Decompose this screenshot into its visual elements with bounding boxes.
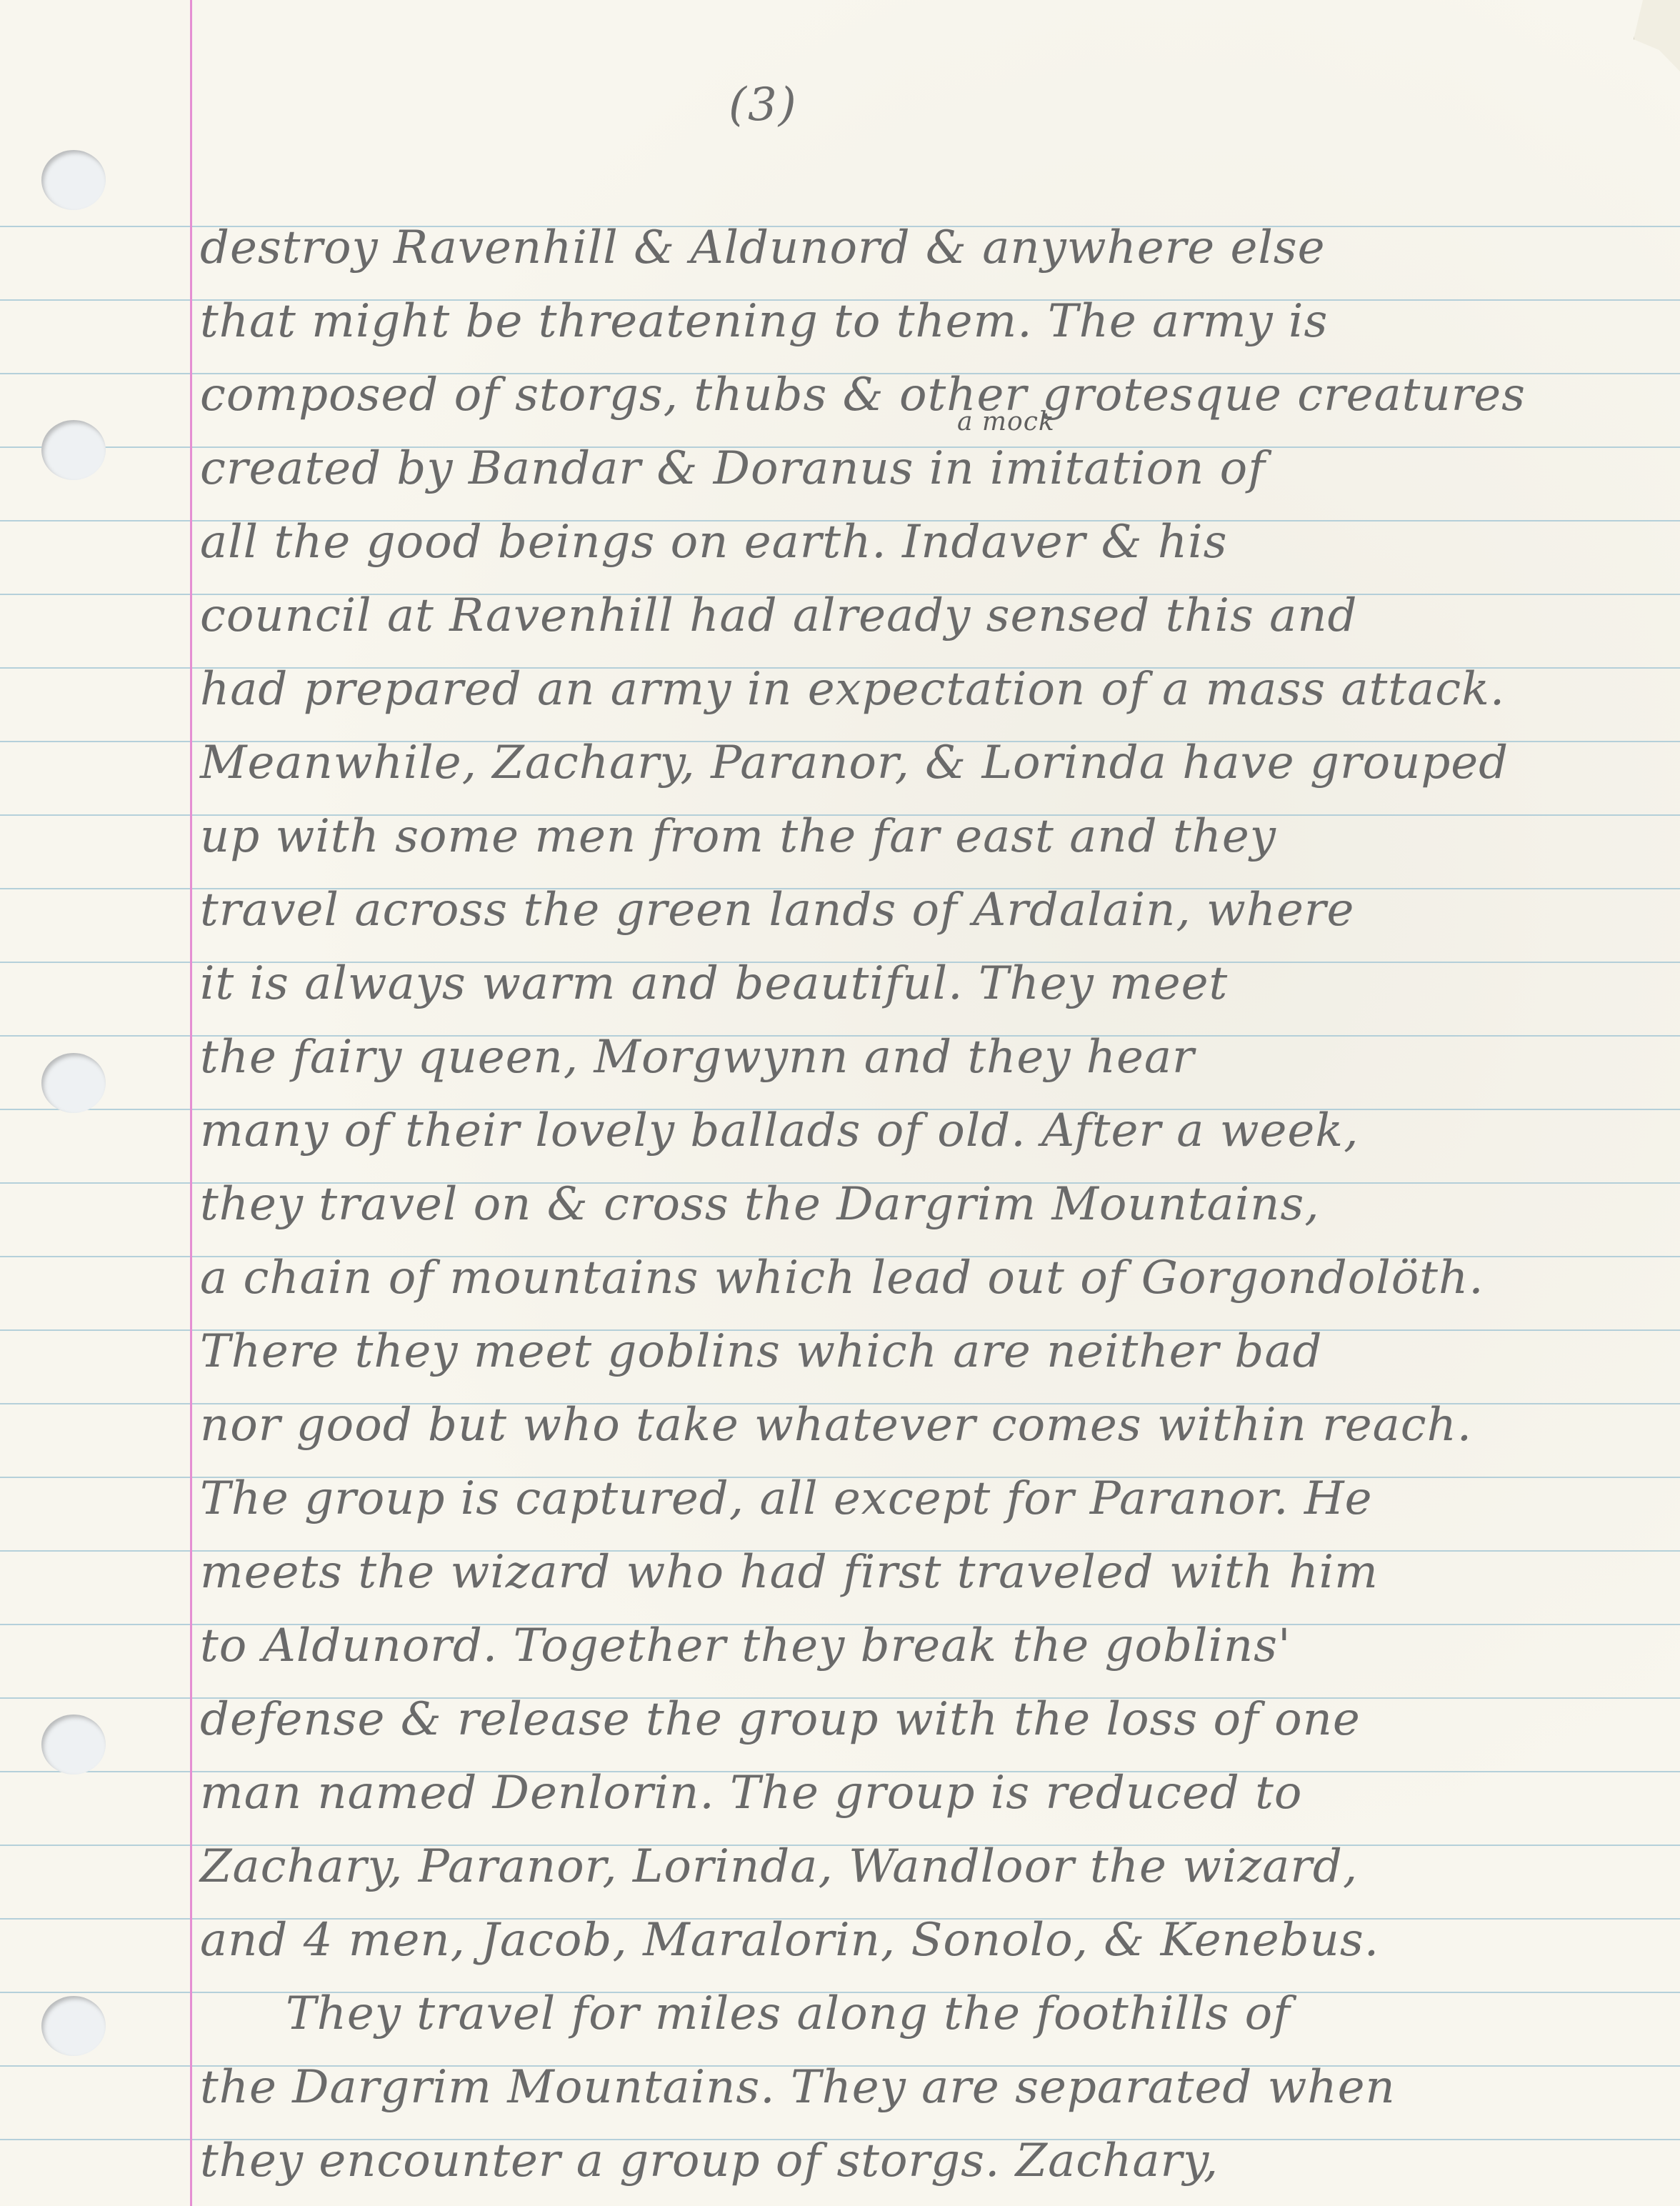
text-line: council at Ravenhill had already sensed … bbox=[200, 579, 1600, 653]
punch-hole bbox=[41, 1996, 106, 2056]
text-line-content: they travel on & cross the Dargrim Mount… bbox=[200, 1178, 1320, 1231]
text-line-content: up with some men from the far east and t… bbox=[200, 810, 1276, 863]
text-line: the Dargrim Mountains. They are separate… bbox=[200, 2051, 1600, 2125]
text-line-content: it is always warm and beautiful. They me… bbox=[200, 957, 1228, 1010]
text-line: the fairy queen, Morgwynn and they hear bbox=[200, 1021, 1600, 1094]
text-line: The group is captured, all except for Pa… bbox=[200, 1462, 1600, 1536]
text-line-content: They travel for miles along the foothill… bbox=[286, 1987, 1291, 2040]
text-line: had prepared an army in expectation of a… bbox=[200, 653, 1600, 727]
text-line: They travel for miles along the foothill… bbox=[200, 1977, 1600, 2051]
text-line: and 4 men, Jacob, Maralorin, Sonolo, & K… bbox=[200, 1904, 1600, 1977]
text-line-content: the Dargrim Mountains. They are separate… bbox=[200, 2061, 1396, 2114]
text-line-content: defense & release the group with the los… bbox=[200, 1693, 1361, 1746]
text-line-content: to Aldunord. Together they break the gob… bbox=[200, 1619, 1291, 1672]
interlinear-insertion: a mock bbox=[957, 408, 1055, 436]
text-line: man named Denlorin. The group is reduced… bbox=[200, 1757, 1600, 1830]
text-line-content: many of their lovely ballads of old. Aft… bbox=[200, 1104, 1359, 1157]
margin-line bbox=[190, 0, 192, 2206]
text-line-content: Zachary, Paranor, Lorinda, Wandloor the … bbox=[200, 1840, 1358, 1893]
punch-hole bbox=[41, 420, 106, 480]
text-line-content: destroy Ravenhill & Aldunord & anywhere … bbox=[200, 221, 1326, 274]
punch-hole bbox=[41, 1053, 106, 1113]
text-line: travel across the green lands of Ardalai… bbox=[200, 874, 1600, 947]
punch-hole bbox=[41, 150, 106, 210]
text-line: There they meet goblins which are neithe… bbox=[200, 1315, 1600, 1389]
text-line: they encounter a group of storgs. Zachar… bbox=[200, 2125, 1600, 2198]
text-line: that might be threatening to them. The a… bbox=[200, 285, 1600, 359]
text-line-content: The group is captured, all except for Pa… bbox=[200, 1472, 1373, 1525]
handwritten-text: destroy Ravenhill & Aldunord & anywhere … bbox=[200, 211, 1600, 2198]
text-line: to Aldunord. Together they break the gob… bbox=[200, 1609, 1600, 1683]
text-line: nor good but who take whatever comes wit… bbox=[200, 1389, 1600, 1462]
text-line: Zachary, Paranor, Lorinda, Wandloor the … bbox=[200, 1830, 1600, 1904]
text-line: they travel on & cross the Dargrim Mount… bbox=[200, 1168, 1600, 1242]
page-number: (3) bbox=[729, 79, 798, 131]
punch-hole bbox=[41, 1715, 106, 1775]
text-line-content: had prepared an army in expectation of a… bbox=[200, 663, 1505, 716]
text-line-content: and 4 men, Jacob, Maralorin, Sonolo, & K… bbox=[200, 1914, 1379, 1967]
text-line: Meanwhile, Zachary, Paranor, & Lorinda h… bbox=[200, 727, 1600, 800]
folded-corner bbox=[1634, 0, 1680, 71]
text-line-content: the fairy queen, Morgwynn and they hear bbox=[200, 1031, 1195, 1084]
text-line: destroy Ravenhill & Aldunord & anywhere … bbox=[200, 211, 1600, 285]
text-line: meets the wizard who had first traveled … bbox=[200, 1536, 1600, 1609]
text-line: it is always warm and beautiful. They me… bbox=[200, 947, 1600, 1021]
text-line-content: that might be threatening to them. The a… bbox=[200, 295, 1328, 348]
text-line-content: There they meet goblins which are neithe… bbox=[200, 1325, 1322, 1378]
text-line: composed of storgs, thubs & other grotes… bbox=[200, 359, 1600, 432]
text-line: up with some men from the far east and t… bbox=[200, 800, 1600, 874]
text-line: all the good beings on earth. Indaver & … bbox=[200, 506, 1600, 579]
text-line-content: meets the wizard who had first traveled … bbox=[200, 1546, 1379, 1599]
notebook-page: (3) destroy Ravenhill & Aldunord & anywh… bbox=[0, 0, 1680, 2206]
text-line-content: travel across the green lands of Ardalai… bbox=[200, 884, 1354, 937]
text-line: defense & release the group with the los… bbox=[200, 1683, 1600, 1757]
text-line-content: created by Bandar & Doranus in imitation… bbox=[200, 442, 1266, 495]
text-line: many of their lovely ballads of old. Aft… bbox=[200, 1094, 1600, 1168]
text-line-content: all the good beings on earth. Indaver & … bbox=[200, 516, 1227, 569]
text-line-content: man named Denlorin. The group is reduced… bbox=[200, 1767, 1302, 1820]
text-line-content: Meanwhile, Zachary, Paranor, & Lorinda h… bbox=[200, 737, 1509, 789]
text-line-content: a chain of mountains which lead out of G… bbox=[200, 1252, 1484, 1304]
text-line-content: they encounter a group of storgs. Zachar… bbox=[200, 2135, 1219, 2187]
text-line: created by Bandar & Doranus in imitation… bbox=[200, 432, 1600, 506]
text-line: a chain of mountains which lead out of G… bbox=[200, 1242, 1600, 1315]
text-line-content: composed of storgs, thubs & other grotes… bbox=[200, 369, 1526, 421]
text-line-content: council at Ravenhill had already sensed … bbox=[200, 589, 1358, 642]
text-line-content: nor good but who take whatever comes wit… bbox=[200, 1399, 1472, 1452]
